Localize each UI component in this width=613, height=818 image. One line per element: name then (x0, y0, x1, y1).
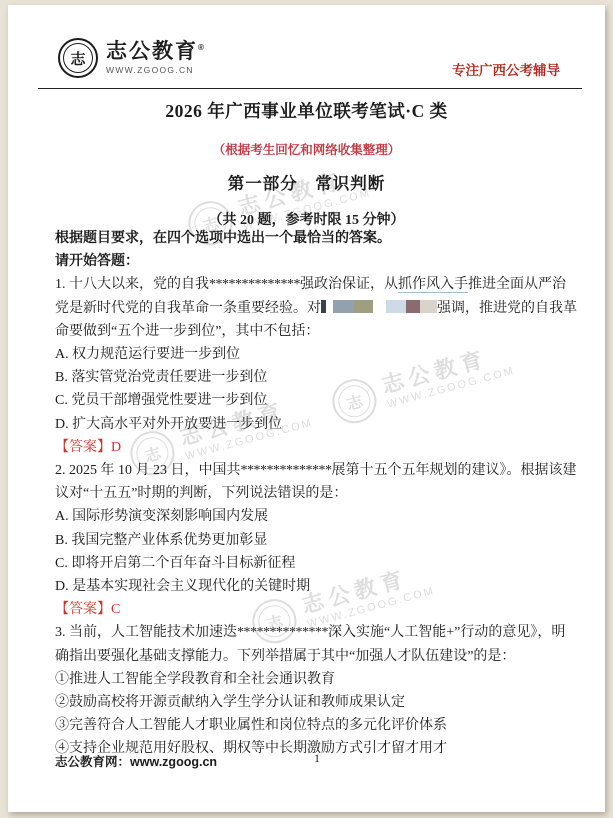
mosaic-block (354, 300, 373, 313)
question-1-option-1: A. 权力规范运行要进一步到位 (55, 343, 579, 366)
brand-name: 志公教育® (106, 41, 206, 62)
footer-page-number: 1 (55, 753, 579, 765)
question-2-option-2: B. 我国完整产业体系优势更加彰显 (55, 529, 579, 552)
section-meta: （共 20 题，参考时限 15 分钟） (8, 209, 605, 229)
stem-text: 1. 十八大以来，党的自我 (55, 277, 209, 292)
document-title: 2026 年广西事业单位联考笔试·C 类 (8, 98, 605, 123)
logo: 志 志公教育® WWW.ZGOOG.CN (58, 38, 206, 78)
question-3-option-3: ③完善符合人工智能人才职业属性和岗位特点的多元化评价体系 (55, 714, 579, 737)
question-2-answer: 【答案】C (55, 598, 579, 621)
section-heading: 第一部分 常识判断 (8, 170, 605, 194)
instruction-line: 根据题目要求，在四个选项中选出一个最恰当的答案。 (55, 227, 579, 250)
brand-url: WWW.ZGOOG.CN (106, 65, 206, 75)
document-page: 志志公教育WWW.ZGOOG.COM志志公教育WWW.ZGOOG.COM志志公教… (8, 5, 605, 812)
question-1-option-3: C. 党员干部增强党性要进一步到位 (55, 389, 579, 412)
question-1: 1. 十八大以来，党的自我**************强政治保证，从抓作风入手推… (55, 273, 579, 459)
question-1-stem: 1. 十八大以来，党的自我**************强政治保证，从抓作风入手推… (55, 273, 579, 343)
mosaic-block (406, 300, 420, 313)
question-3: 3. 当前，人工智能技术加速迭**************深入实施“人工智能+”… (55, 621, 579, 760)
question-1-option-2: B. 落实管党治党责任要进一步到位 (55, 366, 579, 389)
censored-stars: ************** (237, 625, 328, 640)
question-1-option-4: D. 扩大高水平对外开放要进一步到位 (55, 413, 579, 436)
source-note: （根据考生回忆和网络收集整理） (8, 140, 605, 158)
logo-seal-icon: 志 (58, 38, 98, 78)
question-3-option-2: ②鼓励高校将开源贡献纳入学生学分认证和教师成果认定 (55, 691, 579, 714)
question-2-stem: 2. 2025 年 10 月 23 日，中国共**************展第十… (55, 459, 579, 505)
question-area: 根据题目要求，在四个选项中选出一个最恰当的答案。 请开始答题： 1. 十八大以来… (55, 227, 579, 761)
brand-name-text: 志公教育 (106, 40, 198, 63)
question-2-option-4: D. 是基本实现社会主义现代化的关键时期 (55, 575, 579, 598)
question-2-option-1: A. 国际形势演变深刻影响国内发展 (55, 505, 579, 528)
question-3-stem: 3. 当前，人工智能技术加速迭**************深入实施“人工智能+”… (55, 621, 579, 667)
mosaic-block (326, 300, 333, 313)
censored-mosaic (321, 300, 437, 313)
censored-stars: ************** (209, 277, 300, 292)
stem-text: 强政治保证，从 (300, 277, 398, 292)
censored-stars: ************** (241, 463, 332, 478)
question-2: 2. 2025 年 10 月 23 日，中国共**************展第十… (55, 459, 579, 621)
mosaic-block (333, 300, 354, 313)
stem-text: 3. 当前，人工智能技术加速迭 (55, 625, 237, 640)
header-slogan: 专注广西公考辅导 (452, 59, 560, 79)
page-content: 志 志公教育® WWW.ZGOOG.CN 专注广西公考辅导 2026 年广西事业… (8, 5, 605, 812)
question-2-option-3: C. 即将开启第二个百年奋斗目标新征程 (55, 552, 579, 575)
logo-text-block: 志公教育® WWW.ZGOOG.CN (106, 41, 206, 75)
registered-mark: ® (198, 43, 206, 52)
question-1-answer: 【答案】D (55, 436, 579, 459)
mosaic-block (420, 300, 437, 313)
mosaic-block (386, 300, 406, 313)
questions-list: 1. 十八大以来，党的自我**************强政治保证，从抓作风入手推… (55, 273, 579, 760)
mosaic-block (373, 300, 386, 313)
underlined-text: 抓作风入手 (398, 277, 468, 293)
begin-line: 请开始答题： (55, 250, 579, 273)
header-divider (38, 88, 582, 89)
logo-seal-char: 志 (63, 43, 93, 73)
question-3-option-1: ①推进人工智能全学段教育和全社会通识教育 (55, 668, 579, 691)
stem-text: 2. 2025 年 10 月 23 日，中国共 (55, 463, 241, 478)
